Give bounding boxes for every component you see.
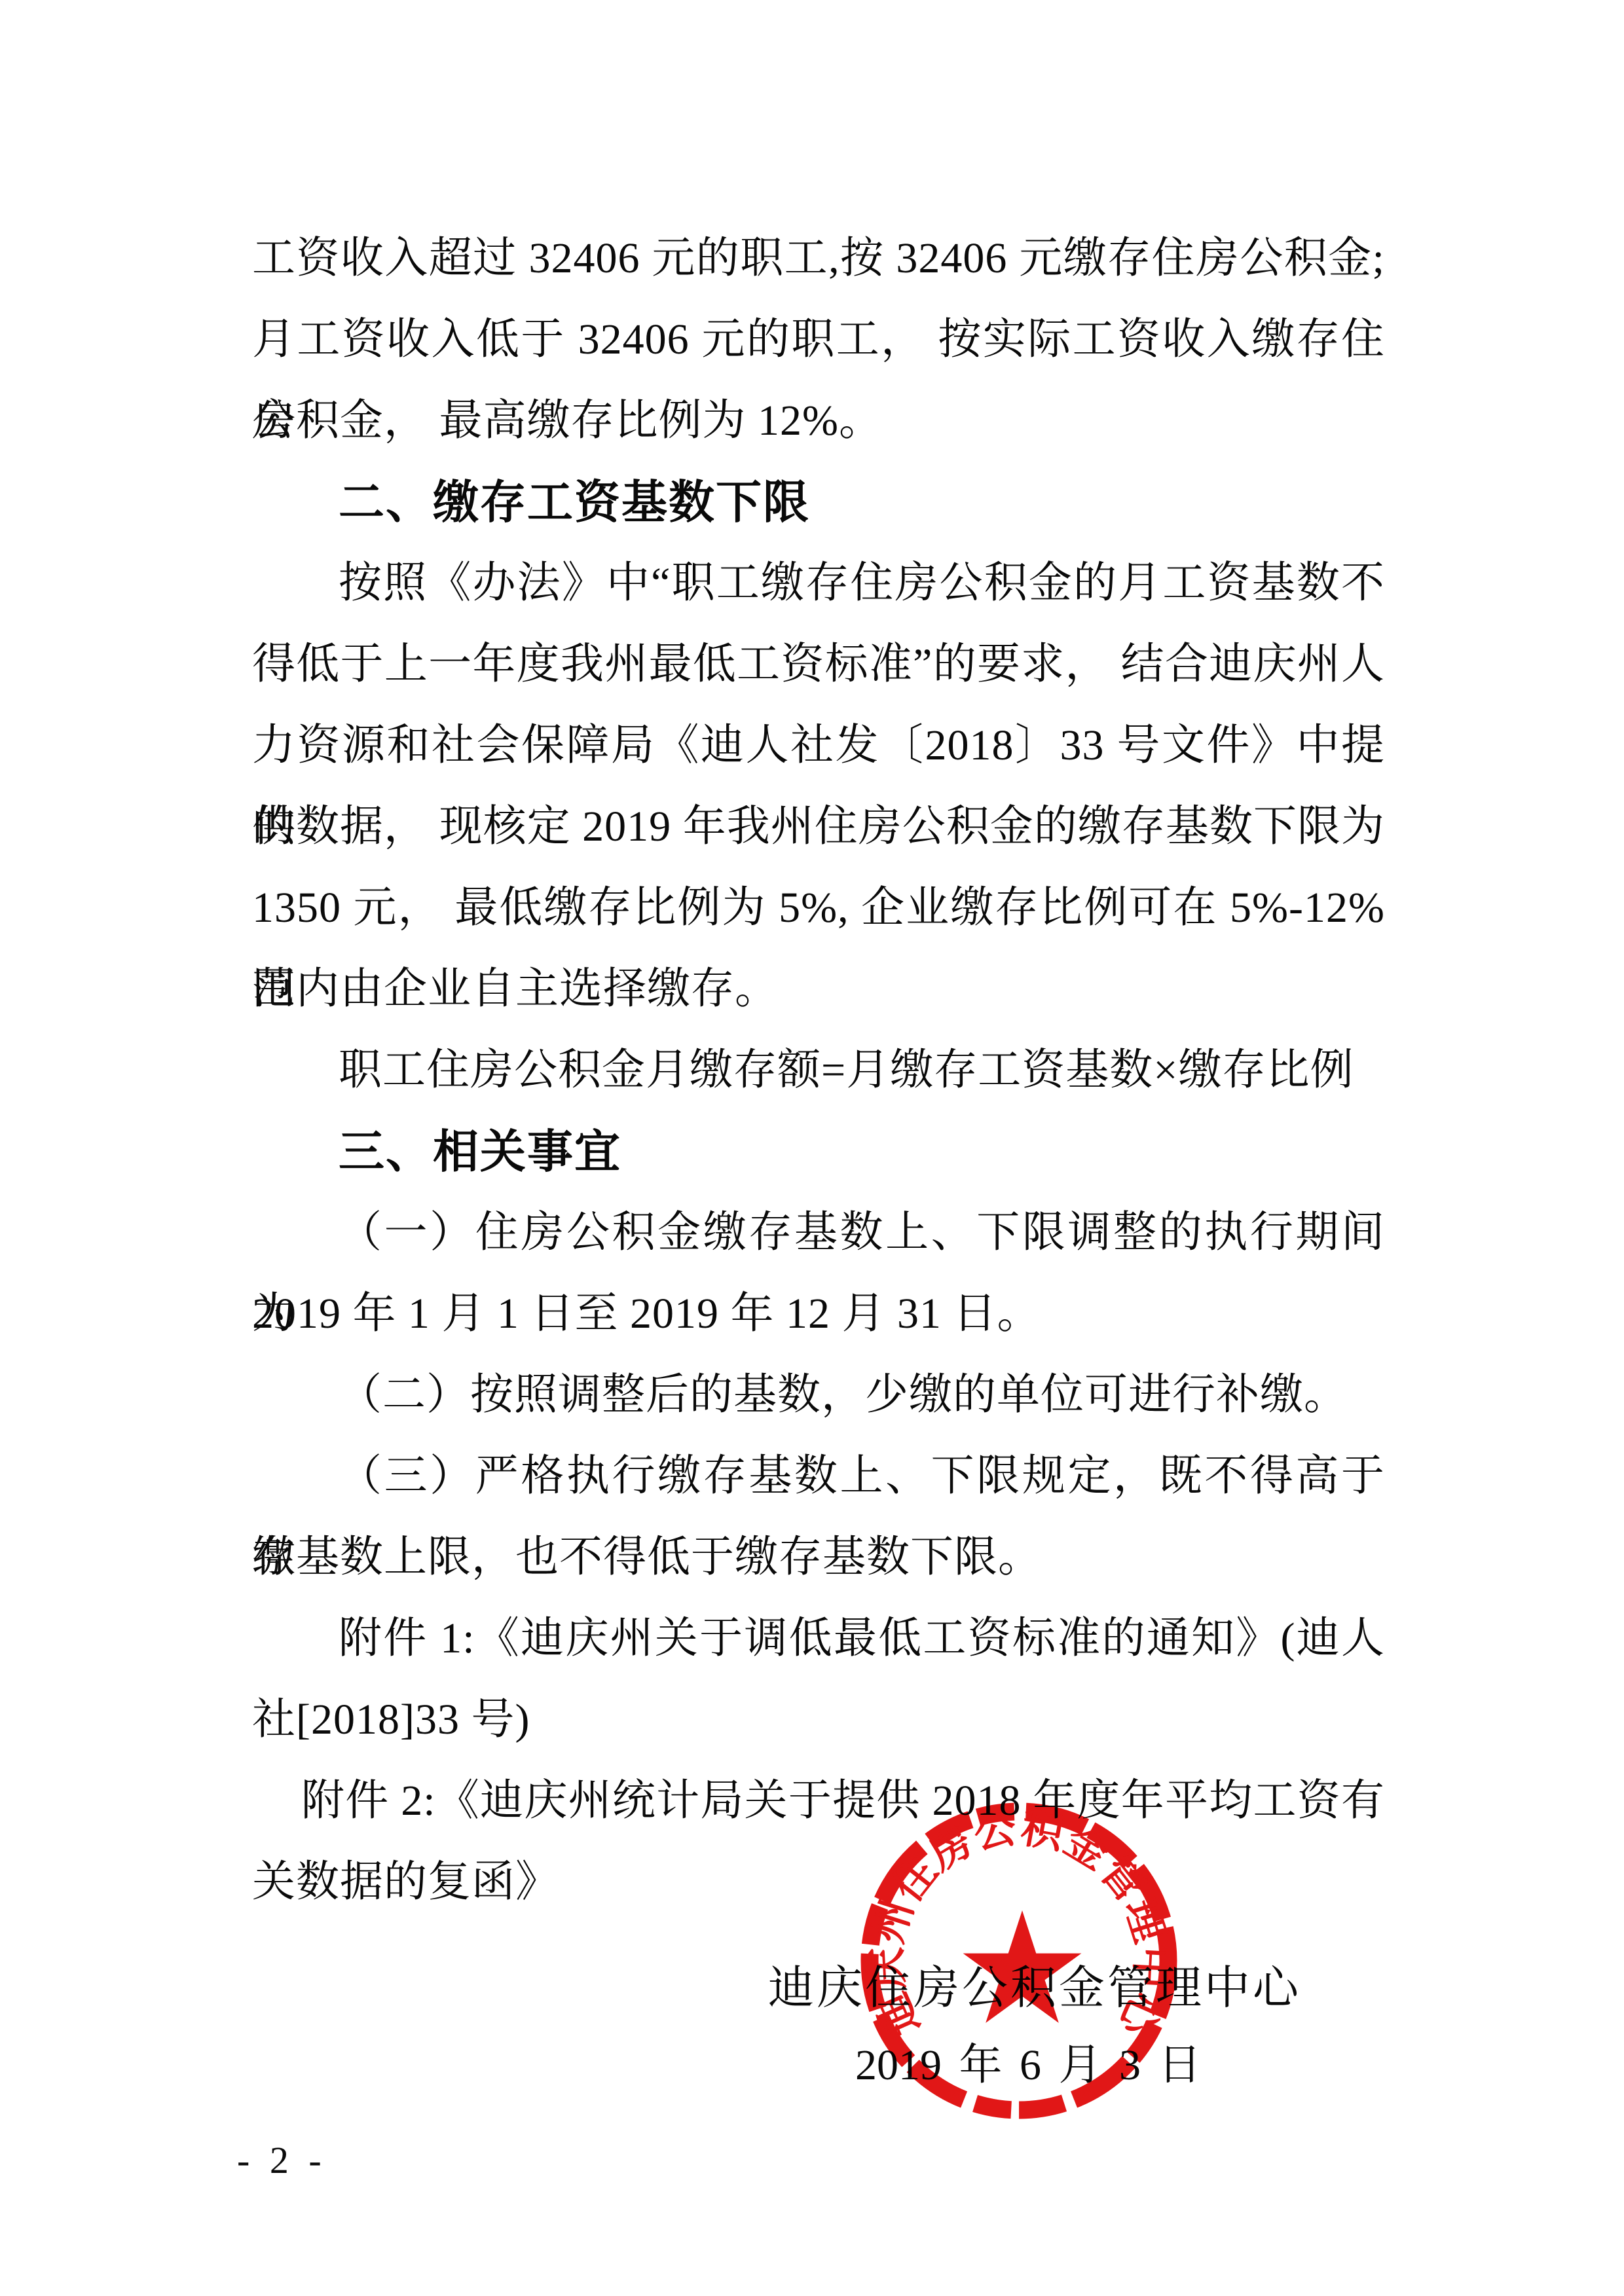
signature-date: 2019 年 6 月 3 日 [855, 2041, 1196, 2090]
document-page: 工资收入超过 32406 元的职工,按 32406 元缴存住房公积金; 月工资收… [0, 0, 1624, 2296]
text-line: （一）住房公积金缴存基数上、下限调整的执行期间为 [252, 1192, 1385, 1273]
text-line: 工资收入超过 32406 元的职工,按 32406 元缴存住房公积金; [252, 218, 1385, 299]
text-line: 2019 年 1 月 1 日至 2019 年 12 月 31 日。 [252, 1273, 1385, 1355]
attachment-line: 附件 1:《迪庆州关于调低最低工资标准的通知》(迪人 [252, 1598, 1385, 1679]
signature-org: 迪庆住房公积金管理中心 [768, 1964, 1301, 2014]
text-line: 得低于上一年度我州最低工资标准”的要求， 结合迪庆州人 [252, 624, 1385, 705]
text-line: 按照《办法》中“职工缴存住房公积金的月工资基数不 [252, 543, 1385, 624]
attachment-line: 关数据的复函》 [252, 1842, 1385, 1923]
attachment-line: 社[2018]33 号) [252, 1679, 1385, 1760]
page-number: - 2 - [237, 2140, 327, 2181]
text-line: 公积金， 最高缴存比例为 12%。 [252, 380, 1385, 462]
text-line: （三）严格执行缴存基数上、下限规定，既不得高于缴 [252, 1436, 1385, 1517]
text-line: 围内由企业自主选择缴存。 [252, 949, 1385, 1030]
text-line: 的数据， 现核定 2019 年我州住房公积金的缴存基数下限为 [252, 786, 1385, 867]
section-heading: 三、相关事宜 [252, 1111, 1385, 1192]
text-line: 存基数上限，也不得低于缴存基数下限。 [252, 1517, 1385, 1598]
text-line: （二）按照调整后的基数，少缴的单位可进行补缴。 [252, 1355, 1385, 1436]
section-heading: 二、缴存工资基数下限 [252, 462, 1385, 543]
text-line: 力资源和社会保障局《迪人社发〔2018〕33 号文件》中提供 [252, 705, 1385, 786]
formula-line: 职工住房公积金月缴存额=月缴存工资基数×缴存比例 [252, 1030, 1385, 1111]
text-line: 月工资收入低于 32406 元的职工， 按实际工资收入缴存住房 [252, 299, 1385, 380]
attachment-line: 附件 2:《迪庆州统计局关于提供 2018 年度年平均工资有 [252, 1760, 1385, 1842]
text-line: 1350 元， 最低缴存比例为 5%, 企业缴存比例可在 5%-12%范 [252, 867, 1385, 949]
